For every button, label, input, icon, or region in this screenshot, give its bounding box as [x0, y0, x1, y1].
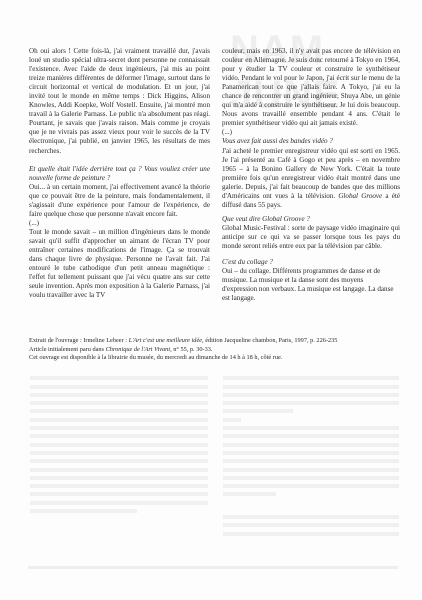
- paragraph: (...): [222, 128, 400, 137]
- paragraph: Global Music-Festival : sorte de paysage…: [222, 224, 400, 251]
- paragraph: Oui – du collage. Différents programmes …: [222, 267, 400, 303]
- reverse-side-bleed-left: [30, 372, 208, 517]
- citation-line-3: Cet ouvrage est disponible à la librairi…: [29, 354, 409, 363]
- interview-question: C'est du collage ?: [222, 258, 400, 267]
- interview-question: Que veut dire Global Groove ?: [222, 215, 400, 224]
- citation-line-2: Article initialement paru dans Chronique…: [29, 346, 409, 355]
- right-column: couleur, mais en 1963, il n'y avait pas …: [222, 47, 400, 303]
- paragraph: Oh oui alors ! Cette fois-là, j'ai vraim…: [29, 47, 210, 156]
- interview-question: Vous avez fait aussi des bandes vidéo ?: [222, 137, 400, 146]
- book-title: L'Art c'est une meilleure idée: [129, 337, 202, 344]
- citation-line-1: Extrait de l'ouvrage : Irmeline Lebeer :…: [29, 337, 409, 346]
- paragraph: Tout le monde savait – un million d'ingé…: [29, 228, 210, 300]
- reverse-side-bleed-footer: [28, 566, 398, 569]
- paragraph: couleur, mais en 1963, il n'y avait pas …: [222, 47, 400, 128]
- reverse-side-bleed-right: [223, 372, 399, 540]
- journal-title: Chronique de l'Art Vivant: [106, 346, 170, 353]
- left-column: Oh oui alors ! Cette fois-là, j'ai vraim…: [29, 47, 210, 300]
- work-title: Global Groove: [338, 192, 382, 200]
- paragraph: Oui... à un certain moment, j'ai effecti…: [29, 183, 210, 219]
- paragraph: J'ai acheté le premier enregistreur vidé…: [222, 147, 400, 210]
- interview-question: Et quelle était l'idée derrière tout ça …: [29, 165, 210, 183]
- source-citation: Extrait de l'ouvrage : Irmeline Lebeer :…: [29, 337, 409, 363]
- paragraph: (...): [29, 219, 210, 228]
